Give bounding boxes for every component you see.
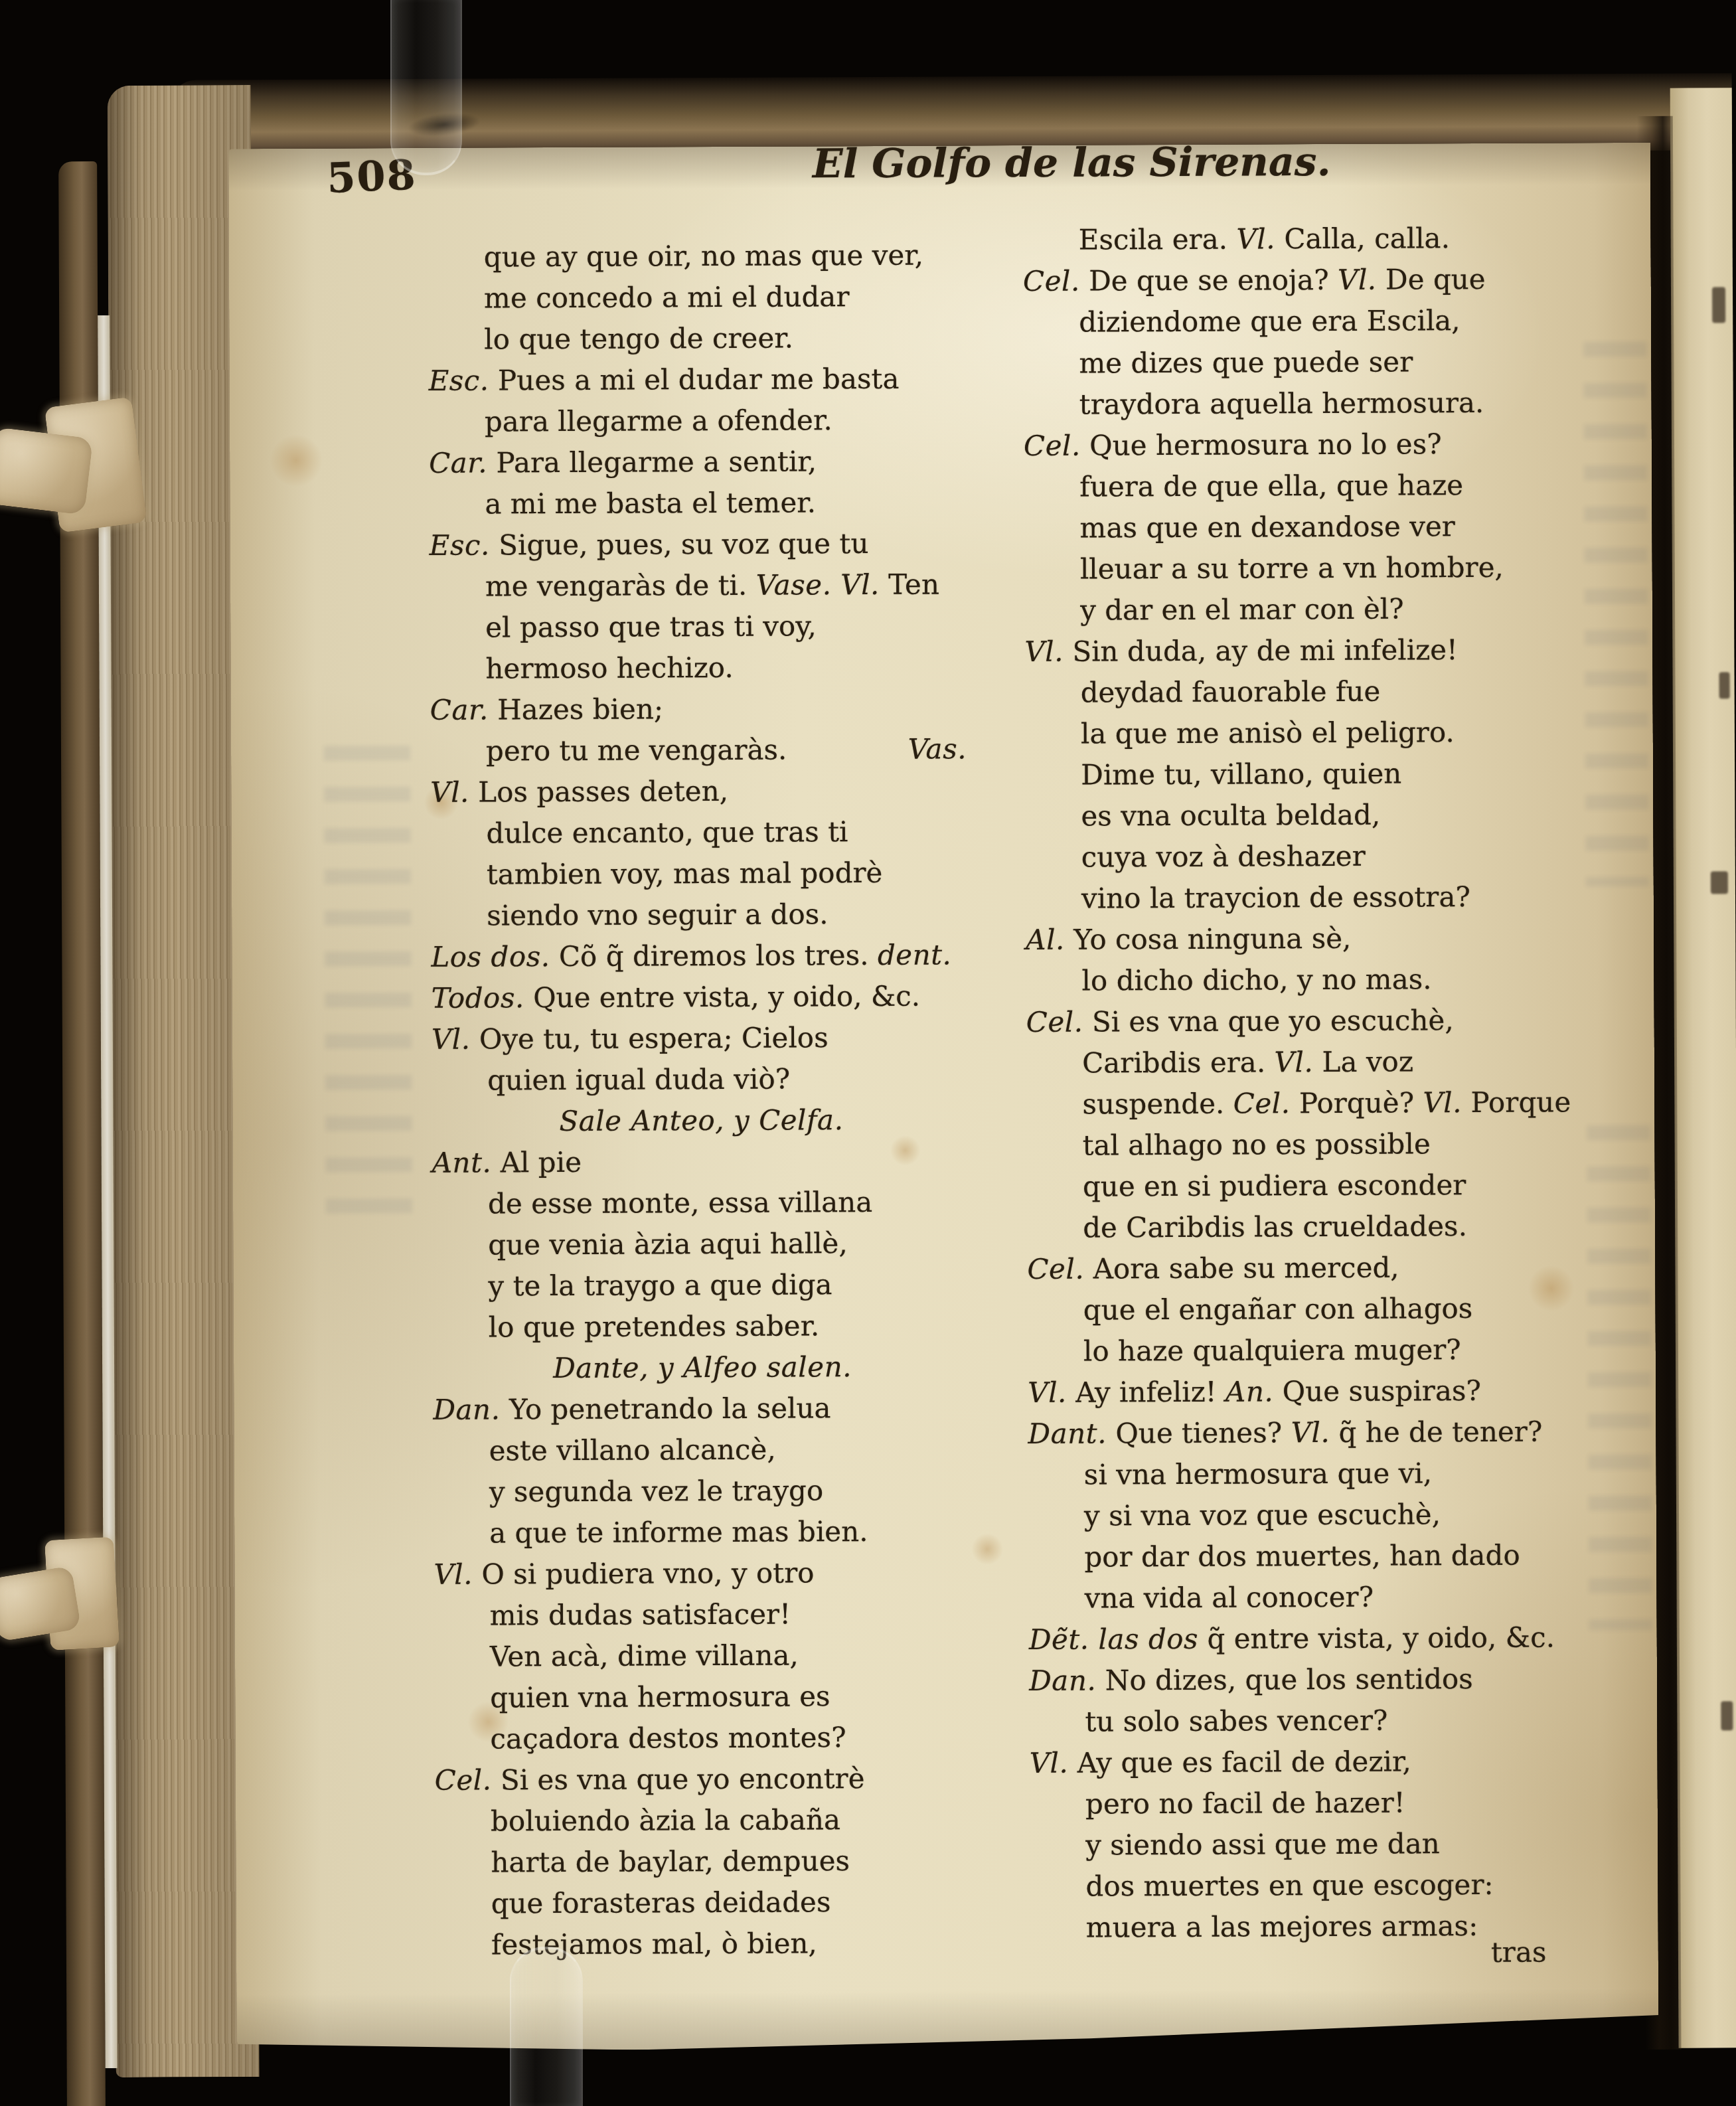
verse-text: Escila era. bbox=[1079, 223, 1228, 256]
verse-text: que venia àzia aqui hallè, bbox=[488, 1227, 848, 1261]
verse-line: diziendome que era Escila, bbox=[1023, 299, 1578, 343]
verse-text: quien igual duda viò? bbox=[487, 1063, 790, 1097]
speaker-or-direction: Sale Anteo, y Celfa. bbox=[559, 1103, 843, 1137]
verse-text: No dizes, que los sentidos bbox=[1105, 1662, 1473, 1696]
verse-text: Sin duda, ay de mi infelize! bbox=[1072, 633, 1458, 668]
verse-text: harta de baylar, dempues bbox=[491, 1844, 850, 1878]
verse-text: q̃ entre vista, y oido, &c. bbox=[1207, 1621, 1555, 1655]
verse-text: siendo vno seguir a dos. bbox=[487, 898, 829, 931]
verse-text: Hazes bien; bbox=[497, 692, 663, 726]
speaker-or-direction: Dante, y Alfeo salen. bbox=[553, 1350, 852, 1384]
verse-text: me dizes que puede ser bbox=[1079, 345, 1413, 379]
verse-text: lo que pretendes saber. bbox=[489, 1309, 820, 1343]
verse-line: el passo que tras ti voy, bbox=[430, 605, 969, 649]
verse-line: pero tu me vengaràs.Vas. bbox=[430, 728, 969, 772]
verse-line: harta de baylar, dempues bbox=[435, 1840, 974, 1884]
verse-line: Esc. Pues a mi el dudar me basta bbox=[428, 358, 967, 402]
verse-line: tambien voy, mas mal podrè bbox=[431, 852, 970, 896]
speaker-or-direction: Cel. bbox=[1027, 1253, 1084, 1285]
verse-text: y si vna voz que escuchè, bbox=[1084, 1498, 1441, 1532]
speaker-or-direction: Vl. bbox=[1274, 1046, 1313, 1078]
verse-line: Car. Para llegarme a sentir, bbox=[429, 440, 968, 484]
verse-text: dos muertes en que escoger: bbox=[1085, 1868, 1493, 1903]
verse-line: Escila era. Vl. Calla, calla. bbox=[1023, 217, 1578, 261]
verse-line: Vl. Ay infeliz! An. Que suspiras? bbox=[1028, 1370, 1583, 1414]
verse-text: Cõ q̃ diremos los tres. bbox=[559, 939, 869, 973]
verse-line: pero no facil de hazer! bbox=[1030, 1781, 1585, 1825]
speaker-or-direction: Cel. bbox=[1023, 265, 1080, 297]
verse-line: tu solo sabes vencer? bbox=[1029, 1699, 1584, 1743]
verse-line: Ant. Al pie bbox=[432, 1140, 971, 1184]
speaker-or-direction: Car. bbox=[430, 693, 489, 726]
speaker-or-direction: Dant. bbox=[1028, 1417, 1107, 1450]
verse-text: y te la traygo a que diga bbox=[488, 1268, 832, 1302]
speaker-or-direction: Vl. bbox=[1338, 264, 1377, 296]
verse-text: para llegarme a ofender. bbox=[485, 404, 832, 438]
verse-text: de esse monte, essa villana bbox=[488, 1186, 873, 1220]
verse-line: Dan. No dizes, que los sentidos bbox=[1029, 1658, 1584, 1702]
speaker-or-direction: Vl. bbox=[430, 776, 469, 809]
verse-line: lo que pretendes saber. bbox=[433, 1305, 972, 1348]
verse-text: quien vna hermosura es bbox=[490, 1680, 830, 1714]
verse-line: Dan. Yo penetrando la selua bbox=[433, 1387, 972, 1431]
verse-text: deydad fauorable fue bbox=[1081, 675, 1381, 709]
verse-text: La voz bbox=[1322, 1045, 1413, 1078]
speaker-or-direction: Car. bbox=[429, 446, 487, 479]
verse-line: este villano alcancè, bbox=[433, 1428, 972, 1472]
verse-line: Cel. Aora sabe su merced, bbox=[1027, 1246, 1582, 1290]
speaker-or-direction: Vl. bbox=[1236, 222, 1275, 255]
verse-line: Dẽt. las dos q̃ entre vista, y oido, &c. bbox=[1029, 1617, 1584, 1660]
speaker-or-direction: An. bbox=[1225, 1375, 1273, 1408]
verse-line: Esc. Sigue, pues, su voz que tu bbox=[430, 523, 969, 566]
verse-line: y dar en el mar con èl? bbox=[1024, 588, 1579, 631]
verse-line: mis dudas satisfacer! bbox=[434, 1593, 973, 1637]
verse-text: Caribdis era. bbox=[1082, 1046, 1265, 1079]
book: 508 El Golfo de las Sirenas. que ay que … bbox=[0, 0, 1736, 2106]
verse-text: muera a las mejores armas: bbox=[1086, 1909, 1478, 1944]
verse-text: Aora sabe su merced, bbox=[1093, 1252, 1399, 1285]
verse-text: que el engañar con alhagos bbox=[1083, 1292, 1473, 1327]
verse-line: Cel. De que se enoja? Vl. De que bbox=[1023, 258, 1578, 302]
verse-line: que el engañar con alhagos bbox=[1028, 1287, 1583, 1331]
verse-line: quien vna hermosura es bbox=[434, 1675, 973, 1719]
verse-text: me concedo a mi el dudar bbox=[484, 280, 850, 314]
exit-direction: Vas. bbox=[907, 728, 967, 769]
bleedthrough-ghost bbox=[324, 746, 412, 1224]
verse-text: lo haze qualquiera muger? bbox=[1083, 1333, 1461, 1367]
verse-line: vino la traycion de essotra? bbox=[1026, 876, 1581, 920]
verse-text: es vna oculta beldad, bbox=[1081, 799, 1380, 833]
verse-text: Para llegarme a sentir, bbox=[496, 445, 817, 479]
speaker-or-direction: Vl. bbox=[1291, 1416, 1330, 1449]
verse-text: Ten bbox=[888, 568, 939, 601]
verse-text: lo dicho dicho, y no mas. bbox=[1081, 963, 1431, 997]
speaker-or-direction: Vl. bbox=[1030, 1747, 1069, 1779]
facing-page-ink-fragment bbox=[1719, 672, 1730, 698]
verse-line: Vl. Sin duda, ay de mi infelize! bbox=[1024, 629, 1579, 673]
verse-line: de Caribdis las crueldades. bbox=[1027, 1205, 1582, 1249]
verse-text: O si pudiera vno, y otro bbox=[481, 1556, 814, 1590]
verse-text: fuera de que ella, que haze bbox=[1079, 469, 1463, 503]
verse-text: caçadora destos montes? bbox=[490, 1721, 846, 1755]
verse-text: tambien voy, mas mal podrè bbox=[487, 856, 883, 891]
verse-line: Al. Yo cosa ninguna sè, bbox=[1026, 917, 1581, 961]
verse-text: lo que tengo de creer. bbox=[484, 321, 793, 355]
verse-text: Si es vna que yo encontrè bbox=[501, 1762, 865, 1796]
verse-line: tal alhago no es possible bbox=[1026, 1123, 1581, 1167]
verse-line: Vl. Ay que es facil de dezir, bbox=[1030, 1740, 1585, 1784]
verse-text: suspende. bbox=[1082, 1088, 1224, 1121]
verse-text: Ay infeliz! bbox=[1075, 1376, 1217, 1409]
speaker-or-direction: Cel. bbox=[1024, 430, 1081, 462]
verse-line: Cel. Que hermosura no lo es? bbox=[1024, 423, 1579, 467]
plastic-clamp-bottom bbox=[510, 1947, 583, 2106]
verse-line: dos muertes en que escoger: bbox=[1030, 1864, 1585, 1907]
verse-line: suspende. Cel. Porquè? Vl. Porque bbox=[1026, 1082, 1581, 1125]
verse-line: Caribdis era. Vl. La voz bbox=[1026, 1040, 1581, 1084]
paper-stain bbox=[270, 434, 323, 487]
verse-text: De que bbox=[1385, 263, 1486, 296]
stage-direction: Dante, y Alfeo salen. bbox=[433, 1346, 972, 1390]
verse-text: Que tienes? bbox=[1115, 1416, 1282, 1449]
verse-line: vna vida al conocer? bbox=[1028, 1576, 1583, 1619]
verse-text: este villano alcancè, bbox=[489, 1433, 776, 1467]
verse-text: a mi me basta el temer. bbox=[485, 486, 816, 520]
verse-text: y dar en el mar con èl? bbox=[1080, 592, 1404, 626]
verse-line: mas que en dexandose ver bbox=[1024, 505, 1579, 549]
book-page: 508 El Golfo de las Sirenas. que ay que … bbox=[228, 143, 1658, 2052]
verse-text: Ay que es facil de dezir, bbox=[1077, 1745, 1411, 1779]
photo-scene: 508 El Golfo de las Sirenas. que ay que … bbox=[0, 0, 1736, 2106]
verse-line: quien igual duda viò? bbox=[432, 1058, 971, 1101]
verse-text: traydora aquella hermosura. bbox=[1079, 386, 1484, 421]
verse-text: y segunda vez le traygo bbox=[489, 1474, 824, 1508]
verse-text: de Caribdis las crueldades. bbox=[1083, 1210, 1467, 1244]
verse-text: q̃ he de tener? bbox=[1338, 1416, 1542, 1449]
verse-line: Car. Hazes bien; bbox=[430, 687, 969, 731]
text-column-left: que ay que oir, no mas que ver,me conced… bbox=[428, 234, 975, 1966]
verse-text: De que se enoja? bbox=[1089, 264, 1329, 297]
speaker-or-direction: Vl. bbox=[1028, 1376, 1067, 1409]
plastic-clamp-top bbox=[390, 0, 462, 175]
verse-line: Vl. O si pudiera vno, y otro bbox=[434, 1552, 973, 1595]
verse-text: me vengaràs de ti. bbox=[485, 569, 748, 603]
speaker-or-direction: Esc. bbox=[428, 364, 489, 396]
suede-tie-upper-arm bbox=[0, 427, 93, 515]
verse-line: que en si pudiera esconder bbox=[1027, 1164, 1582, 1208]
verse-text: Dime tu, villano, quien bbox=[1081, 757, 1401, 791]
verse-text: mas que en dexandose ver bbox=[1079, 510, 1455, 544]
verse-line: Cel. Si es vna que yo escuchè, bbox=[1026, 999, 1581, 1043]
speaker-or-direction: dent. bbox=[878, 938, 952, 971]
verse-text: pero no facil de hazer! bbox=[1085, 1786, 1405, 1820]
facing-page-ink-fragment bbox=[1711, 871, 1728, 894]
verse-line: hermoso hechizo. bbox=[430, 646, 969, 690]
verse-text: Yo penetrando la selua bbox=[509, 1392, 831, 1425]
verse-text: diziendome que era Escila, bbox=[1079, 304, 1460, 339]
verse-text: boluiendo àzia la cabaña bbox=[491, 1803, 840, 1837]
verse-line: Vl. Oye tu, tu espera; Cielos bbox=[432, 1016, 971, 1060]
verse-line: a mi me basta el temer. bbox=[429, 481, 968, 525]
verse-text: y siendo assi que me dan bbox=[1085, 1827, 1440, 1861]
verse-text: mis dudas satisfacer! bbox=[490, 1598, 791, 1632]
speaker-or-direction: Cel. bbox=[1026, 1006, 1083, 1038]
verse-text: Porquè? bbox=[1299, 1086, 1414, 1119]
verse-text: que forasteras deidades bbox=[491, 1886, 830, 1919]
catchword: tras bbox=[1491, 1936, 1547, 1969]
verse-line: dulce encanto, que tras ti bbox=[430, 811, 969, 854]
verse-text: hermoso hechizo. bbox=[485, 651, 733, 685]
speaker-or-direction: Dan. bbox=[433, 1393, 500, 1425]
verse-text: que en si pudiera esconder bbox=[1083, 1169, 1466, 1203]
verse-text: tal alhago no es possible bbox=[1083, 1127, 1431, 1161]
verse-text: vna vida al conocer? bbox=[1084, 1581, 1374, 1615]
speaker-or-direction: Los dos. bbox=[431, 940, 550, 973]
speaker-or-direction: Vl. bbox=[1423, 1086, 1462, 1119]
verse-line: Los dos. Cõ q̃ diremos los tres. dent. bbox=[431, 934, 970, 978]
speaker-or-direction: Vl. bbox=[432, 1023, 471, 1056]
verse-line: por dar dos muertes, han dado bbox=[1028, 1534, 1583, 1578]
verse-line: Dant. Que tienes? Vl. q̃ he de tener? bbox=[1028, 1411, 1583, 1455]
verse-text: Que hermosura no lo es? bbox=[1089, 428, 1442, 461]
speaker-or-direction: Esc. bbox=[430, 528, 490, 561]
verse-line: caçadora destos montes? bbox=[434, 1716, 973, 1760]
speaker-or-direction: Ant. bbox=[432, 1146, 492, 1178]
verse-text: tu solo sabes vencer? bbox=[1085, 1704, 1387, 1738]
verse-line: traydora aquella hermosura. bbox=[1024, 382, 1579, 426]
verse-line: me dizes que puede ser bbox=[1023, 341, 1578, 384]
speaker-or-direction: Vase. Vl. bbox=[756, 568, 880, 602]
bleedthrough-ghost bbox=[1587, 1125, 1652, 1630]
verse-text: Que entre vista, y oido, &c. bbox=[533, 980, 920, 1014]
verse-line: siendo vno seguir a dos. bbox=[431, 893, 970, 937]
verse-line: deydad fauorable fue bbox=[1025, 670, 1580, 714]
verse-text: la que me anisò el peligro. bbox=[1081, 716, 1455, 750]
verse-line: lo que tengo de creer. bbox=[428, 317, 967, 361]
speaker-or-direction: Vl. bbox=[434, 1558, 473, 1591]
verse-text: a que te informe mas bien. bbox=[489, 1515, 868, 1549]
verse-line: festejamos mal, ò bien, bbox=[435, 1922, 975, 1966]
verse-line: lleuar a su torre a vn hombre, bbox=[1024, 546, 1579, 590]
verse-line: Ven acà, dime villana, bbox=[434, 1634, 973, 1678]
speaker-or-direction: Dẽt. las dos bbox=[1029, 1623, 1198, 1656]
speaker-or-direction: Cel. bbox=[1233, 1087, 1291, 1119]
verse-line: boluiendo àzia la cabaña bbox=[435, 1799, 974, 1842]
verse-text: si vna hermosura que vi, bbox=[1084, 1457, 1433, 1491]
verse-line: si vna hermosura que vi, bbox=[1028, 1452, 1583, 1496]
speaker-or-direction: Todos. bbox=[432, 981, 524, 1014]
speaker-or-direction: Cel. bbox=[435, 1763, 492, 1796]
facing-page-ink-fragment bbox=[1721, 1701, 1733, 1730]
verse-line: para llegarme a ofender. bbox=[429, 399, 968, 443]
verse-line: Cel. Si es vna que yo encontrè bbox=[435, 1757, 974, 1801]
speaker-or-direction: Al. bbox=[1026, 924, 1065, 956]
verse-line: Vl. Los passes deten, bbox=[430, 769, 969, 813]
text-column-right: Escila era. Vl. Calla, calla.Cel. De que… bbox=[1023, 217, 1585, 1949]
verse-text: Al pie bbox=[501, 1146, 582, 1179]
verse-line: cuya voz à deshazer bbox=[1026, 835, 1581, 878]
stage-direction: Sale Anteo, y Celfa. bbox=[432, 1099, 971, 1143]
verse-text: que ay que oir, no mas que ver, bbox=[484, 239, 923, 274]
verse-line: a que te informe mas bien. bbox=[434, 1510, 973, 1554]
verse-line: y te la traygo a que diga bbox=[432, 1263, 971, 1307]
verse-line: y siendo assi que me dan bbox=[1030, 1822, 1585, 1866]
verse-text: Los passes deten, bbox=[478, 775, 728, 809]
verse-text: Pues a mi el dudar me basta bbox=[498, 363, 900, 397]
verse-line: Todos. Que entre vista, y oido, &c. bbox=[432, 975, 971, 1019]
verse-line: me concedo a mi el dudar bbox=[428, 276, 967, 319]
verse-text: por dar dos muertes, han dado bbox=[1084, 1539, 1520, 1574]
verse-text: Ven acà, dime villana, bbox=[490, 1639, 799, 1672]
verse-line: Dime tu, villano, quien bbox=[1025, 752, 1580, 796]
verse-line: y si vna voz que escuchè, bbox=[1028, 1493, 1583, 1537]
paper-stain bbox=[971, 1533, 1003, 1565]
verse-line: la que me anisò el peligro. bbox=[1025, 711, 1580, 755]
facing-page-ink-fragment bbox=[1712, 287, 1725, 323]
speaker-or-direction: Vl. bbox=[1024, 635, 1064, 668]
verse-line: que venia àzia aqui hallè, bbox=[432, 1222, 971, 1266]
verse-line: de esse monte, essa villana bbox=[432, 1181, 971, 1225]
verse-text: dulce encanto, que tras ti bbox=[486, 815, 848, 849]
verse-text: pero tu me vengaràs. bbox=[486, 734, 787, 768]
speaker-or-direction: Dan. bbox=[1029, 1664, 1096, 1697]
verse-text: Sigue, pues, su voz que tu bbox=[499, 527, 868, 561]
verse-text: Calla, calla. bbox=[1284, 222, 1450, 255]
verse-line: es vna oculta beldad, bbox=[1025, 793, 1580, 837]
verse-line: fuera de que ella, que haze bbox=[1024, 464, 1579, 508]
verse-text: vino la traycion de essotra? bbox=[1081, 880, 1470, 915]
bleedthrough-ghost bbox=[1583, 342, 1649, 886]
verse-text: Que suspiras? bbox=[1283, 1374, 1482, 1408]
verse-line: me vengaràs de ti. Vase. Vl. Ten bbox=[430, 564, 969, 607]
verse-line: lo dicho dicho, y no mas. bbox=[1026, 958, 1581, 1002]
verse-text: Yo cosa ninguna sè, bbox=[1073, 922, 1351, 956]
verse-text: el passo que tras ti voy, bbox=[485, 609, 817, 643]
verse-text: cuya voz à deshazer bbox=[1081, 840, 1366, 874]
verse-text: Si es vna que yo escuchè, bbox=[1092, 1004, 1454, 1038]
verse-line: y segunda vez le traygo bbox=[434, 1469, 973, 1513]
verse-text: Oye tu, tu espera; Cielos bbox=[479, 1021, 829, 1055]
verse-text: lleuar a su torre a vn hombre, bbox=[1080, 551, 1504, 586]
verse-line: lo haze qualquiera muger? bbox=[1028, 1329, 1583, 1372]
verse-text: Porque bbox=[1470, 1086, 1571, 1119]
verse-line: que ay que oir, no mas que ver, bbox=[428, 234, 967, 278]
verse-line: que forasteras deidades bbox=[435, 1881, 974, 1925]
